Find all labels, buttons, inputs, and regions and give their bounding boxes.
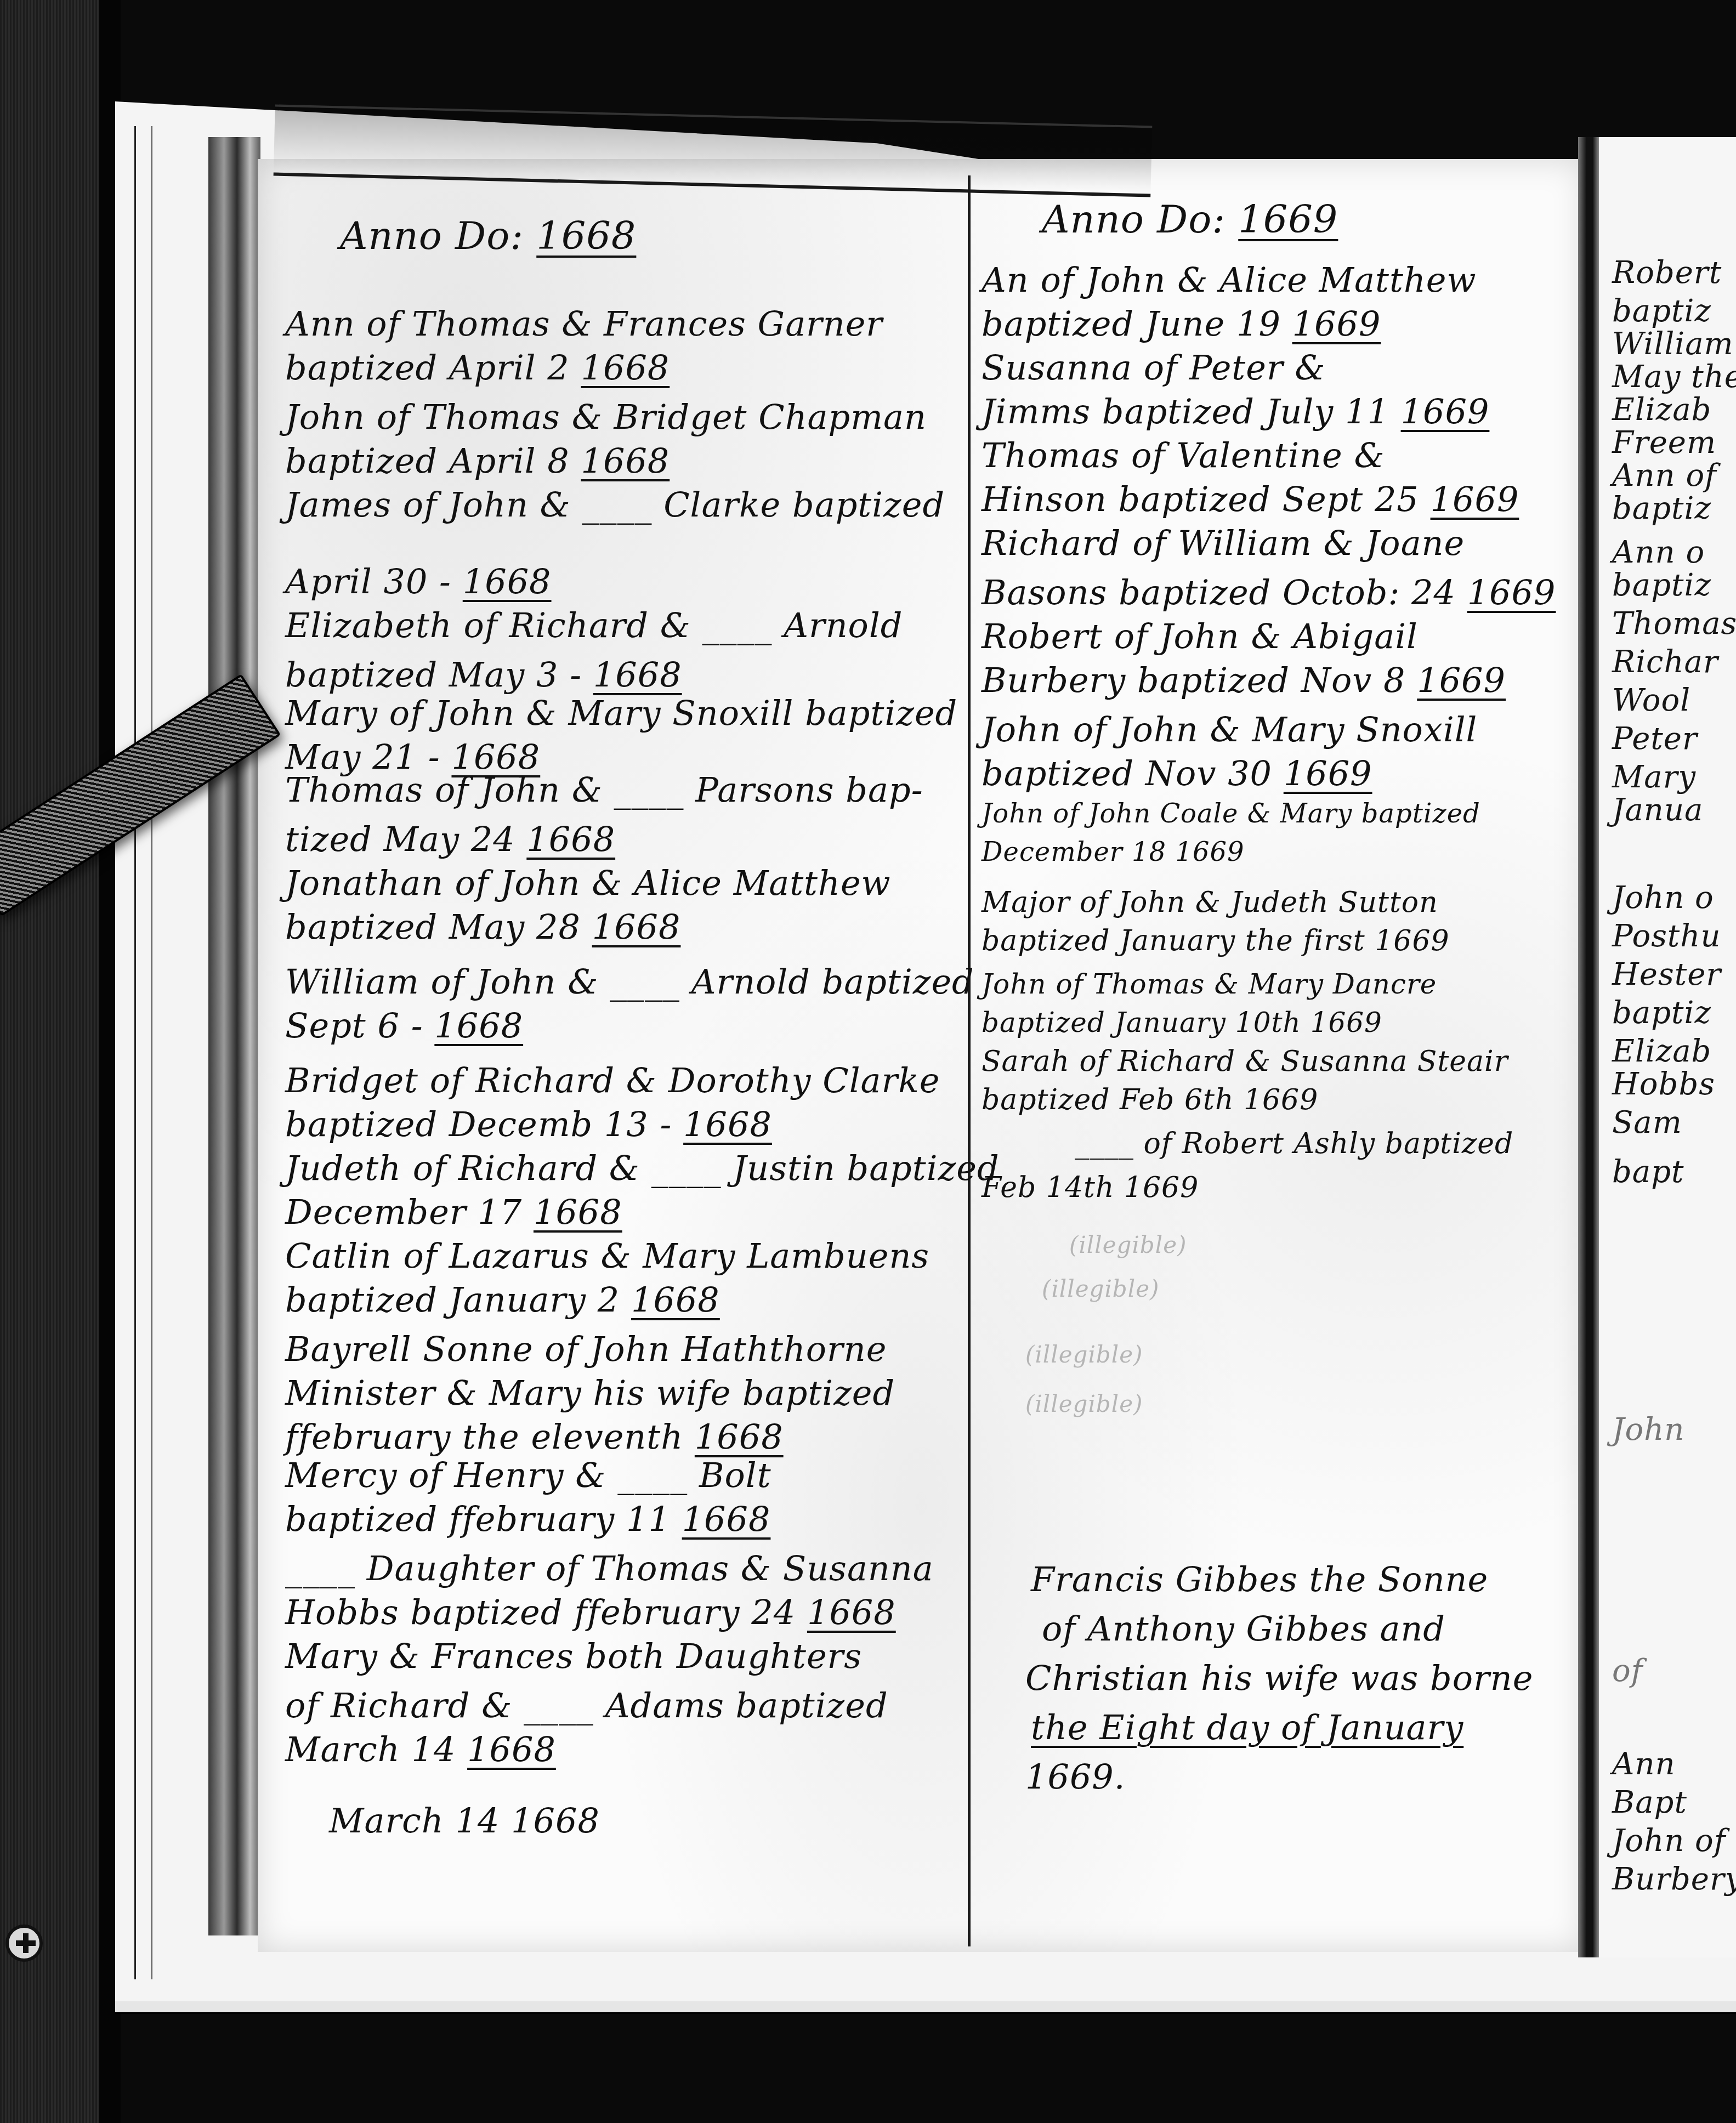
entry-line: baptized January the first 1669 [982, 927, 1450, 955]
entry-line: Major of John & Judeth Sutton [982, 888, 1438, 917]
entry-line: baptized April 8 1668 [285, 444, 670, 478]
entry-line: Bridget of Richard & Dorothy Clarke [285, 1064, 940, 1098]
fragment: Burbery [1612, 1864, 1736, 1895]
entry-line: William of John & ____ Arnold baptized [285, 965, 974, 999]
entry-line: baptized January 2 1668 [285, 1283, 720, 1317]
entry-line: baptized May 3 - 1668 [285, 658, 682, 692]
entry-line: April 30 - 1668 [285, 565, 552, 599]
entry-line: Thomas of Valentine & [982, 439, 1385, 473]
faded-entry: (illegible) [1042, 1278, 1159, 1301]
entry-line: Ann of Thomas & Frances Garner [285, 307, 883, 341]
entry-line: Basons baptized Octob: 24 1669 [982, 576, 1556, 610]
fragment: May the [1612, 362, 1736, 393]
entry-line: James of John & ____ Clarke baptized [285, 488, 945, 522]
book-spine [1578, 137, 1599, 1957]
entry-line: December 17 1668 [285, 1195, 622, 1229]
fragment: Bapt [1612, 1787, 1687, 1818]
birth-note-line: Christian his wife was borne [1025, 1661, 1533, 1695]
fragment: baptiz [1612, 998, 1711, 1029]
entry-line: March 14 1668 [285, 1733, 556, 1767]
fragment: Robert [1612, 258, 1722, 288]
mount-edge [134, 126, 152, 1979]
entry-line: Mary of John & Mary Snoxill baptized [285, 696, 957, 730]
fragment: Elizab [1612, 395, 1711, 425]
entry-line: Bayrell Sonne of John Haththorne [285, 1332, 887, 1366]
birth-note-line: of Anthony Gibbes and [1042, 1612, 1445, 1646]
fragment: baptiz [1612, 296, 1711, 327]
entry-line: baptized Nov 30 1669 [982, 757, 1372, 791]
fragment: Ann o [1612, 537, 1705, 568]
faded-entry: (illegible) [1025, 1343, 1143, 1366]
entry-line: baptized April 2 1668 [285, 351, 670, 385]
fragment: Hobbs [1612, 1069, 1715, 1100]
entry-line: Sept 6 - 1668 [285, 1009, 523, 1043]
entry-line: John of Thomas & Mary Dancre [982, 970, 1437, 998]
screw-icon [5, 1925, 43, 1962]
fragment: John of [1612, 1826, 1726, 1857]
birth-note-line: the Eight day of January [1031, 1711, 1463, 1745]
entry-line: Judeth of Richard & ____ Justin baptized [285, 1151, 1000, 1185]
entry-line: John of Thomas & Bridget Chapman [285, 400, 927, 434]
entry-line: Hobbs baptized ffebruary 24 1668 [285, 1596, 896, 1630]
birth-note-line: 1669. [1025, 1760, 1126, 1794]
fragment: Ann [1612, 1749, 1676, 1780]
column-divider [968, 175, 971, 1946]
fragment: of [1612, 1656, 1643, 1687]
entry-line: baptized May 28 1668 [285, 910, 680, 944]
fragment: Janua [1612, 795, 1703, 826]
entry-line: John of John Coale & Mary baptized [982, 801, 1480, 827]
faded-entry: (illegible) [1069, 1234, 1187, 1257]
entry-line: Sarah of Richard & Susanna Steair [982, 1047, 1508, 1076]
entry-line: Susanna of Peter & [982, 351, 1325, 385]
entry-line: Feb 14th 1669 [982, 1173, 1199, 1202]
entry-line: Mercy of Henry & ____ Bolt [285, 1458, 771, 1492]
entry-line: Catlin of Lazarus & Mary Lambuens [285, 1239, 929, 1273]
fragment: baptiz [1612, 570, 1711, 601]
fragment: Hester [1612, 960, 1721, 990]
fragment: Ann of [1612, 461, 1717, 491]
entry-line: tized May 24 1668 [285, 822, 615, 856]
entry-line: baptized Feb 6th 1669 [982, 1086, 1318, 1114]
entry-line: Jonathan of John & Alice Matthew [285, 866, 891, 900]
entry-line: Robert of John & Abigail [982, 620, 1418, 654]
fragment: Wool [1612, 685, 1690, 716]
fragment: Mary [1612, 762, 1696, 793]
entry-line: Thomas of John & ____ Parsons bap- [285, 773, 923, 807]
entry-line: Elizabeth of Richard & ____ Arnold [285, 609, 903, 643]
fragment: baptiz [1612, 493, 1711, 524]
fragment: Thomas [1612, 609, 1736, 639]
faded-entry: (illegible) [1025, 1393, 1143, 1416]
entry-line: baptized January 10th 1669 [982, 1009, 1382, 1036]
fragment: Sam [1612, 1108, 1682, 1138]
fragment: bapt [1612, 1157, 1684, 1188]
fragment: Peter [1612, 724, 1698, 754]
entry-line: John of John & Mary Snoxill [982, 713, 1477, 747]
fragment: William [1612, 329, 1734, 360]
entry-line: December 18 1669 [982, 839, 1245, 865]
left-footer: March 14 1668 [329, 1804, 600, 1838]
birth-note-line: Francis Gibbes the Sonne [1031, 1563, 1488, 1597]
entry-line: Richard of William & Joane [982, 526, 1465, 560]
bottom-edge [115, 2001, 1736, 2014]
entry-line: May 21 - 1668 [285, 740, 540, 774]
entry-line: Minister & Mary his wife baptized [285, 1376, 895, 1410]
entry-line: Jimms baptized July 11 1669 [982, 395, 1489, 429]
entry-line: An of John & Alice Matthew [982, 263, 1477, 297]
left-heading: Anno Do: 1668 [340, 217, 636, 255]
entry-line: ____ of Robert Ashly baptized [1075, 1129, 1513, 1158]
entry-line: of Richard & ____ Adams baptized [285, 1689, 888, 1723]
fragment: John [1612, 1415, 1684, 1445]
entry-line: ffebruary the eleventh 1668 [285, 1420, 784, 1454]
entry-line: Mary & Frances both Daughters [285, 1639, 862, 1673]
entry-line: ____ Daughter of Thomas & Susanna [285, 1552, 934, 1586]
page-stack-edge [208, 137, 260, 1935]
entry-line: baptized June 19 1669 [982, 307, 1381, 341]
fragment: Richar [1612, 647, 1718, 678]
right-heading: Anno Do: 1669 [1042, 200, 1338, 239]
entry-line: baptized Decemb 13 - 1668 [285, 1108, 772, 1142]
entry-line: Burbery baptized Nov 8 1669 [982, 663, 1506, 697]
fragment: Freem [1612, 428, 1716, 458]
entry-line: Hinson baptized Sept 25 1669 [982, 483, 1519, 516]
fragment: John o [1612, 883, 1714, 913]
entry-line: baptized ffebruary 11 1668 [285, 1502, 770, 1536]
fragment: Posthu [1612, 921, 1721, 952]
fragment: Elizab [1612, 1036, 1711, 1067]
